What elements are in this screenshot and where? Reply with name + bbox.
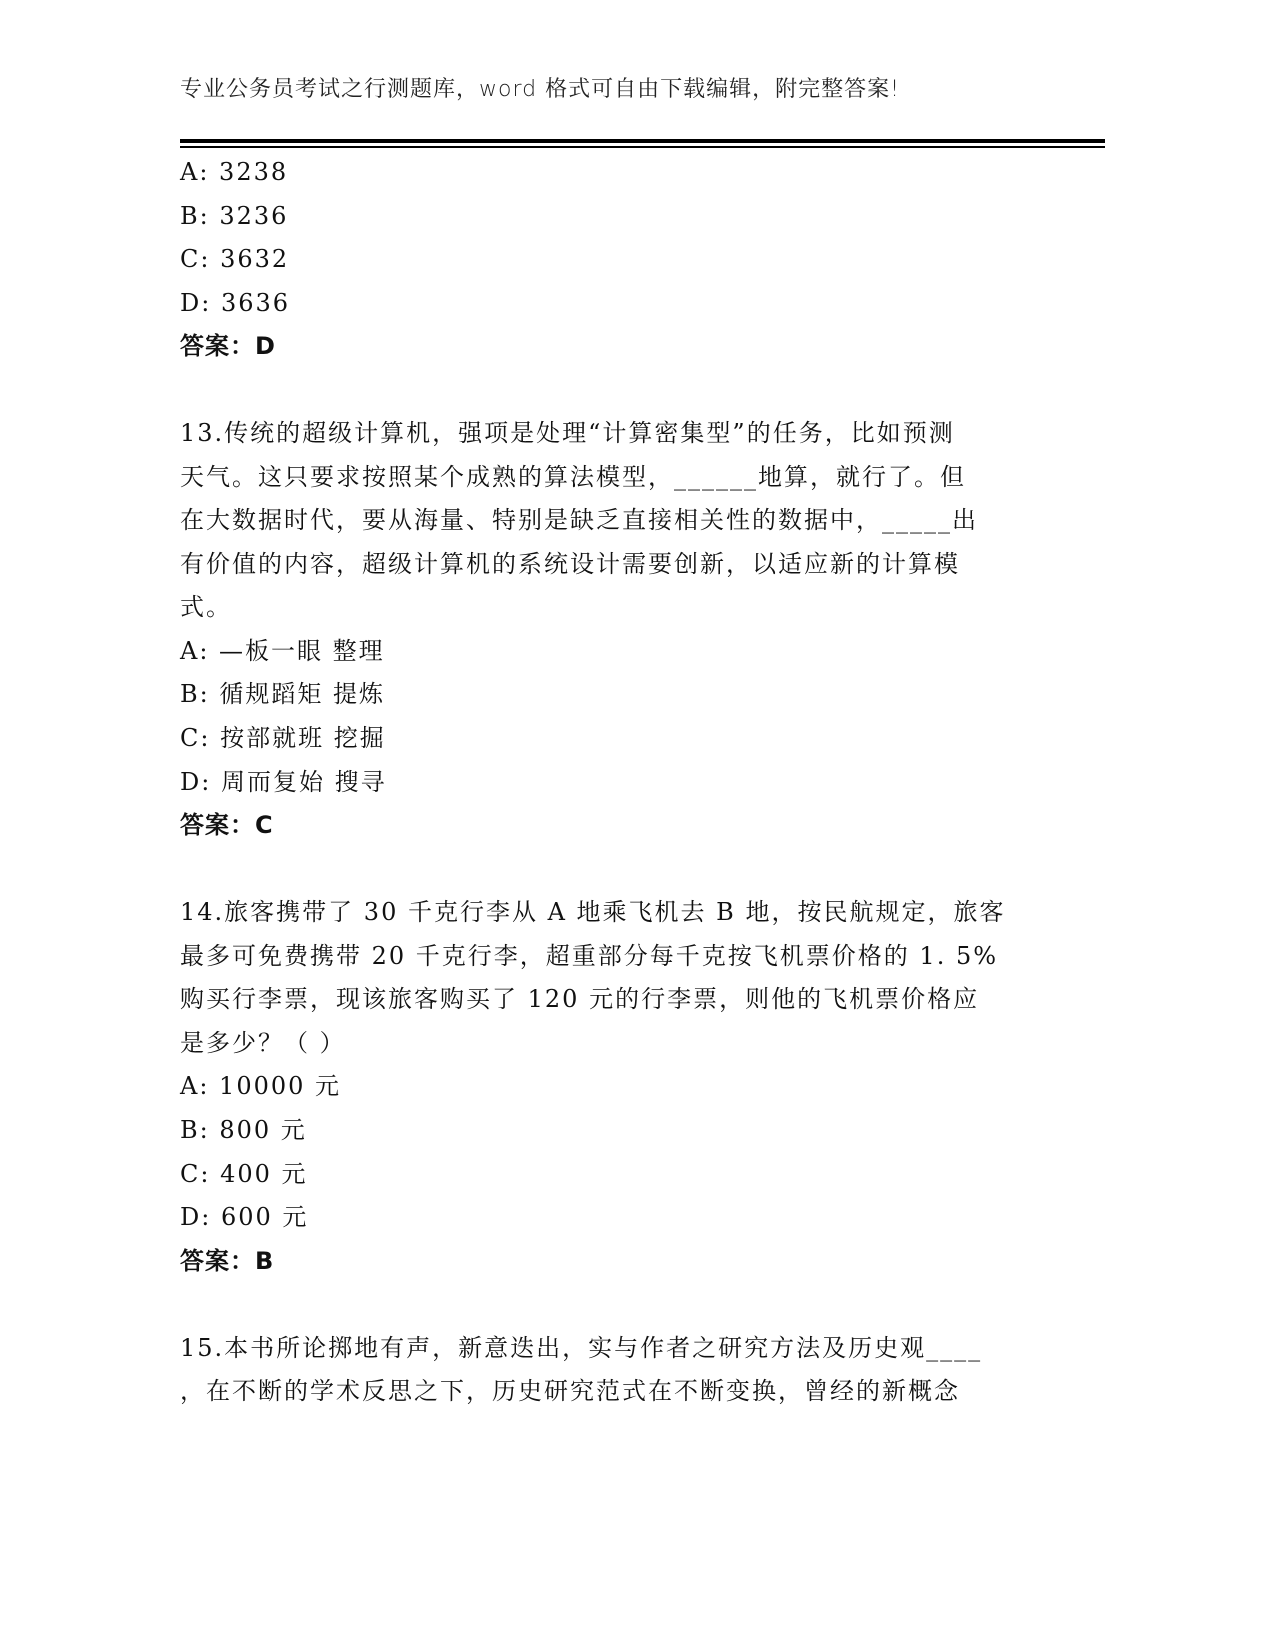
page-header: 专业公务员考试之行测题库，word 格式可自由下载编辑，附完整答案! — [180, 72, 900, 103]
question-text-line: 13.传统的超级计算机，强项是处理“计算密集型”的任务，比如预测 — [180, 418, 955, 448]
option-b: B: 循规蹈矩 提炼 — [180, 679, 385, 709]
option-b: B: 3236 — [180, 201, 288, 231]
question-text-line: 15.本书所论掷地有声，新意迭出，实与作者之研究方法及历史观____ — [180, 1333, 982, 1363]
question-text-line: 是多少？（ ） — [180, 1028, 346, 1058]
answer: 答案：C — [180, 810, 274, 840]
option-a: A: 10000 元 — [180, 1071, 341, 1101]
question-text-line: 天气。这只要求按照某个成熟的算法模型，______地算，就行了。但 — [180, 462, 966, 492]
question-text-line: 购买行李票，现该旅客购买了 120 元的行李票，则他的飞机票价格应 — [180, 984, 979, 1014]
question-text-line: 在大数据时代，要从海量、特别是缺乏直接相关性的数据中，_____出 — [180, 505, 978, 535]
question-text-line: ，在不断的学术反思之下，历史研究范式在不断变换，曾经的新概念 — [180, 1376, 960, 1406]
option-d: D: 600 元 — [180, 1202, 308, 1232]
option-c: C: 3632 — [180, 244, 289, 274]
answer: 答案：D — [180, 331, 276, 361]
header-rule-thin — [180, 146, 1105, 148]
question-text-line: 式。 — [180, 592, 232, 622]
option-c: C: 400 元 — [180, 1159, 308, 1189]
option-a: A: —板一眼 整理 — [180, 636, 385, 666]
option-d: D: 周而复始 搜寻 — [180, 767, 387, 797]
option-c: C: 按部就班 挖掘 — [180, 723, 386, 753]
answer: 答案：B — [180, 1246, 274, 1276]
question-text-line: 最多可免费携带 20 千克行李，超重部分每千克按飞机票价格的 1. 5% — [180, 941, 998, 971]
question-text-line: 14.旅客携带了 30 千克行李从 A 地乘飞机去 B 地，按民航规定，旅客 — [180, 897, 1005, 927]
question-text-line: 有价值的内容，超级计算机的系统设计需要创新，以适应新的计算模 — [180, 549, 960, 579]
option-b: B: 800 元 — [180, 1115, 307, 1145]
option-a: A: 3238 — [180, 157, 288, 187]
header-rule-thick — [180, 139, 1105, 143]
option-d: D: 3636 — [180, 288, 290, 318]
